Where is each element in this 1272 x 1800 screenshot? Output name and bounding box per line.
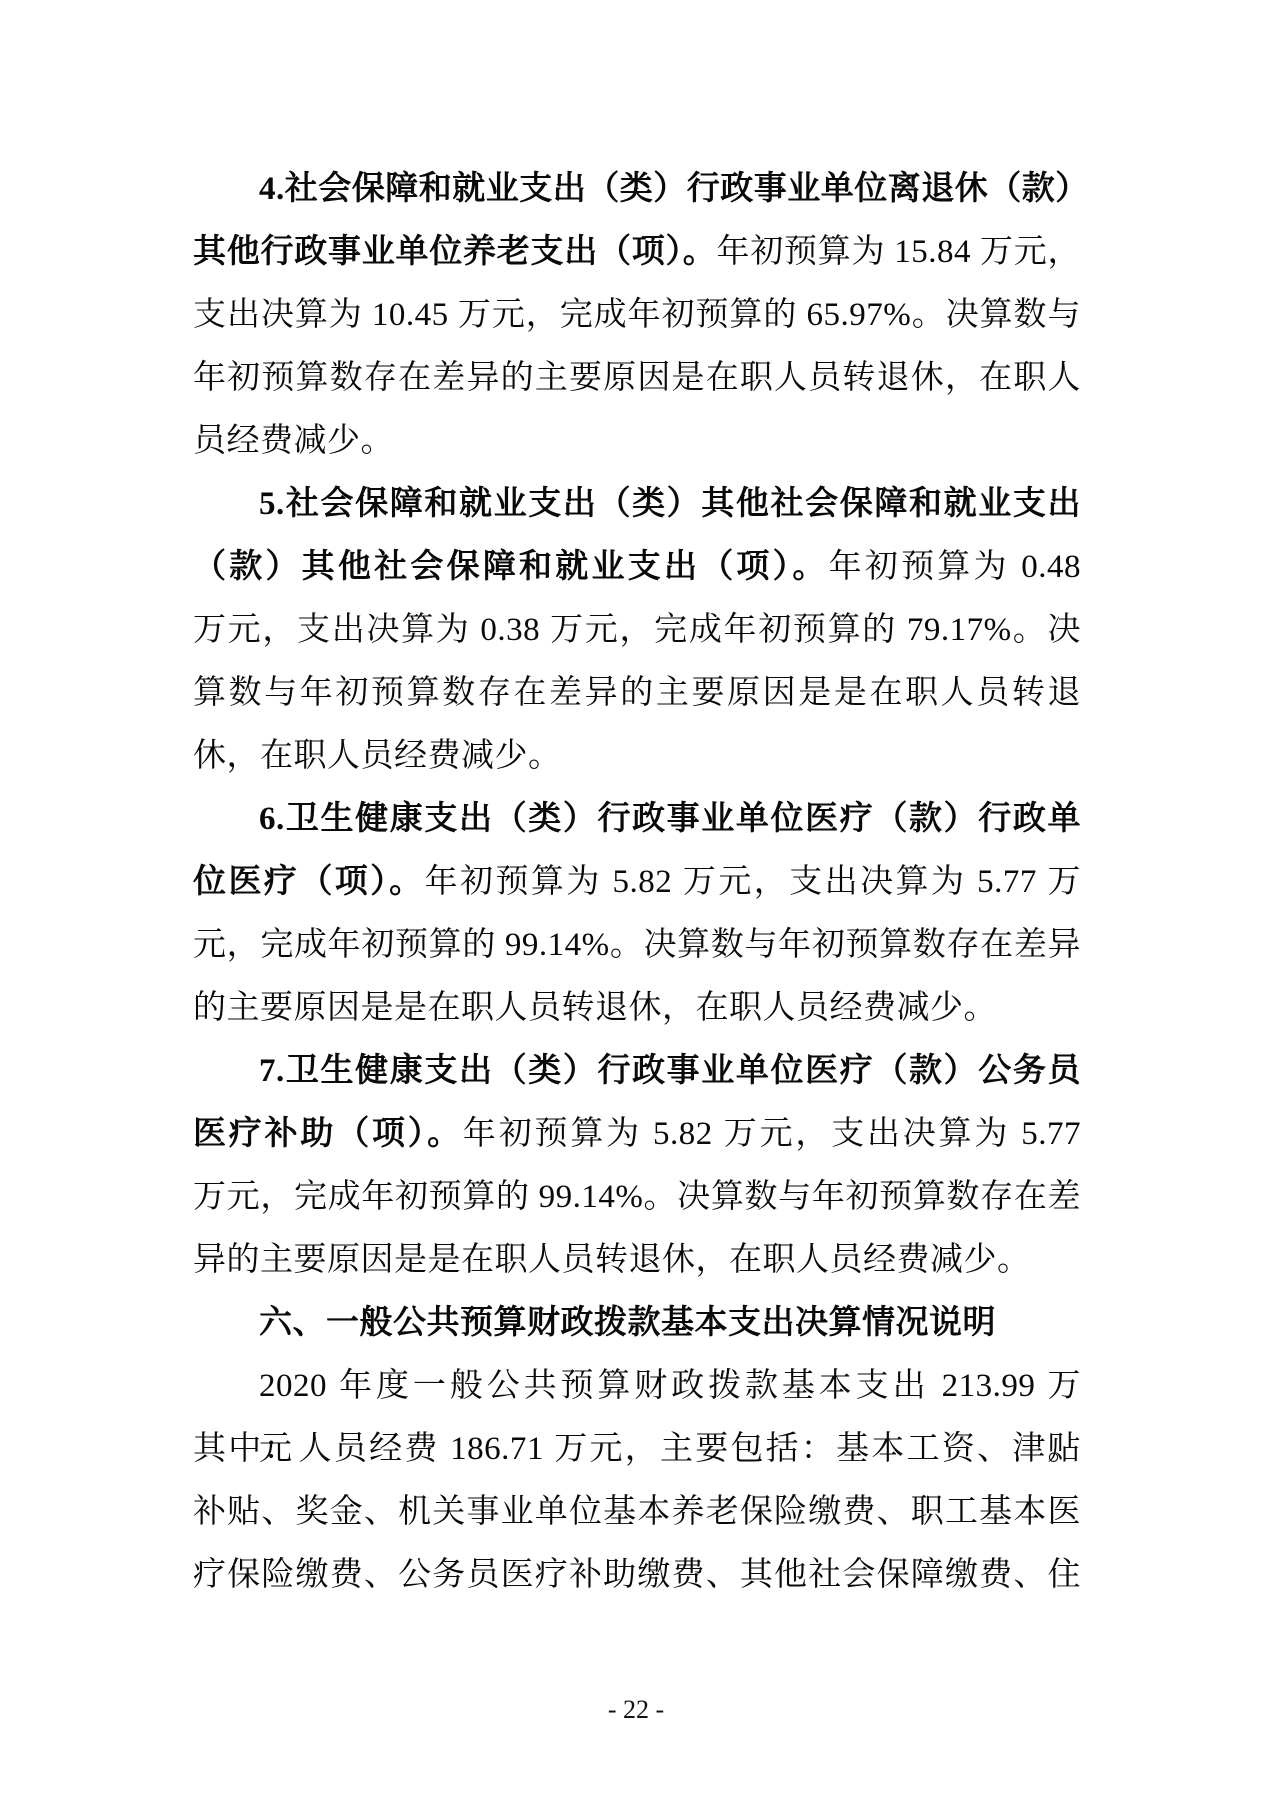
text-line: 4.社会保障和就业支出（类）行政事业单位离退休（款） — [193, 158, 1081, 221]
text-line: 6.卫生健康支出（类）行政事业单位医疗（款）行政单 — [193, 788, 1081, 851]
text-run: 年初预算为 15.84 万元， — [717, 234, 1082, 270]
text-run: 员经费减少。 — [193, 423, 394, 459]
text-line: 的主要原因是是在职人员转退休，在职人员经费减少。 — [193, 977, 1081, 1040]
text-line: 2020 年度一般公共预算财政拨款基本支出 213.99 万元。 — [193, 1355, 1081, 1418]
text-line: 5.社会保障和就业支出（类）其他社会保障和就业支出 — [193, 473, 1081, 536]
text-run: 疗保险缴费、公务员医疗补助缴费、其他社会保障缴费、住 — [193, 1557, 1081, 1593]
text-run: 元，完成年初预算的 99.14%。决算数与年初预算数存在差异 — [193, 927, 1081, 963]
text-line: 7.卫生健康支出（类）行政事业单位医疗（款）公务员 — [193, 1040, 1081, 1103]
bold-text-run: 位医疗（项）。 — [193, 864, 425, 900]
text-line: 支出决算为 10.45 万元，完成年初预算的 65.97%。决算数与 — [193, 284, 1081, 347]
text-run: 算数与年初预算数存在差异的主要原因是是在职人员转退 — [193, 675, 1081, 711]
text-line: 异的主要原因是是在职人员转退休，在职人员经费减少。 — [193, 1229, 1081, 1292]
text-run: 支出决算为 10.45 万元，完成年初预算的 65.97%。决算数与 — [193, 297, 1081, 333]
text-run: 万元，完成年初预算的 99.14%。决算数与年初预算数存在差 — [193, 1179, 1081, 1215]
text-run: 异的主要原因是是在职人员转退休，在职人员经费减少。 — [193, 1242, 1031, 1278]
text-run: 年初预算数存在差异的主要原因是在职人员转退休，在职人 — [193, 360, 1081, 396]
text-run: 年初预算为 5.82 万元，支出决算为 5.77 — [463, 1116, 1081, 1152]
bold-text-run: 7.卫生健康支出（类）行政事业单位医疗（款）公务员 — [259, 1053, 1081, 1089]
text-run: 的主要原因是是在职人员转退休，在职人员经费减少。 — [193, 990, 997, 1026]
page-number: - 22 - — [0, 1690, 1272, 1730]
text-line: 万元，完成年初预算的 99.14%。决算数与年初预算数存在差 — [193, 1166, 1081, 1229]
text-line: 其中：人员经费 186.71 万元，主要包括：基本工资、津贴 — [193, 1418, 1081, 1481]
text-line: （款）其他社会保障和就业支出（项）。年初预算为 0.48 — [193, 536, 1081, 599]
text-line: 医疗补助（项）。年初预算为 5.82 万元，支出决算为 5.77 — [193, 1103, 1081, 1166]
text-run: 休，在职人员经费减少。 — [193, 738, 562, 774]
text-line: 员经费减少。 — [193, 410, 1081, 473]
document-body: 4.社会保障和就业支出（类）行政事业单位离退休（款）其他行政事业单位养老支出（项… — [193, 158, 1081, 1607]
bold-text-run: （款）其他社会保障和就业支出（项）。 — [193, 549, 829, 585]
text-line: 其他行政事业单位养老支出（项）。年初预算为 15.84 万元， — [193, 221, 1081, 284]
text-line: 年初预算数存在差异的主要原因是在职人员转退休，在职人 — [193, 347, 1081, 410]
bold-text-run: 5.社会保障和就业支出（类）其他社会保障和就业支出 — [259, 486, 1081, 522]
text-line: 算数与年初预算数存在差异的主要原因是是在职人员转退 — [193, 662, 1081, 725]
text-line: 六、一般公共预算财政拨款基本支出决算情况说明 — [193, 1292, 1081, 1355]
text-line: 位医疗（项）。年初预算为 5.82 万元，支出决算为 5.77 万 — [193, 851, 1081, 914]
text-line: 元，完成年初预算的 99.14%。决算数与年初预算数存在差异 — [193, 914, 1081, 977]
text-run: 年初预算为 5.82 万元，支出决算为 5.77 万 — [425, 864, 1081, 900]
text-line: 疗保险缴费、公务员医疗补助缴费、其他社会保障缴费、住 — [193, 1544, 1081, 1607]
bold-text-run: 6.卫生健康支出（类）行政事业单位医疗（款）行政单 — [259, 801, 1081, 837]
text-run: 万元，支出决算为 0.38 万元，完成年初预算的 79.17%。决 — [193, 612, 1081, 648]
bold-text-run: 4.社会保障和就业支出（类）行政事业单位离退休（款） — [259, 171, 1089, 207]
text-run: 其中：人员经费 186.71 万元，主要包括：基本工资、津贴 — [193, 1431, 1081, 1467]
bold-text-run: 医疗补助（项）。 — [193, 1116, 463, 1152]
bold-text-run: 其他行政事业单位养老支出（项）。 — [193, 234, 717, 270]
text-line: 万元，支出决算为 0.38 万元，完成年初预算的 79.17%。决 — [193, 599, 1081, 662]
document-page: 4.社会保障和就业支出（类）行政事业单位离退休（款）其他行政事业单位养老支出（项… — [0, 0, 1272, 1800]
text-run: 年初预算为 0.48 — [829, 549, 1081, 585]
text-line: 补贴、奖金、机关事业单位基本养老保险缴费、职工基本医 — [193, 1481, 1081, 1544]
text-line: 休，在职人员经费减少。 — [193, 725, 1081, 788]
text-run: 补贴、奖金、机关事业单位基本养老保险缴费、职工基本医 — [193, 1494, 1081, 1530]
bold-text-run: 六、一般公共预算财政拨款基本支出决算情况说明 — [259, 1305, 996, 1341]
